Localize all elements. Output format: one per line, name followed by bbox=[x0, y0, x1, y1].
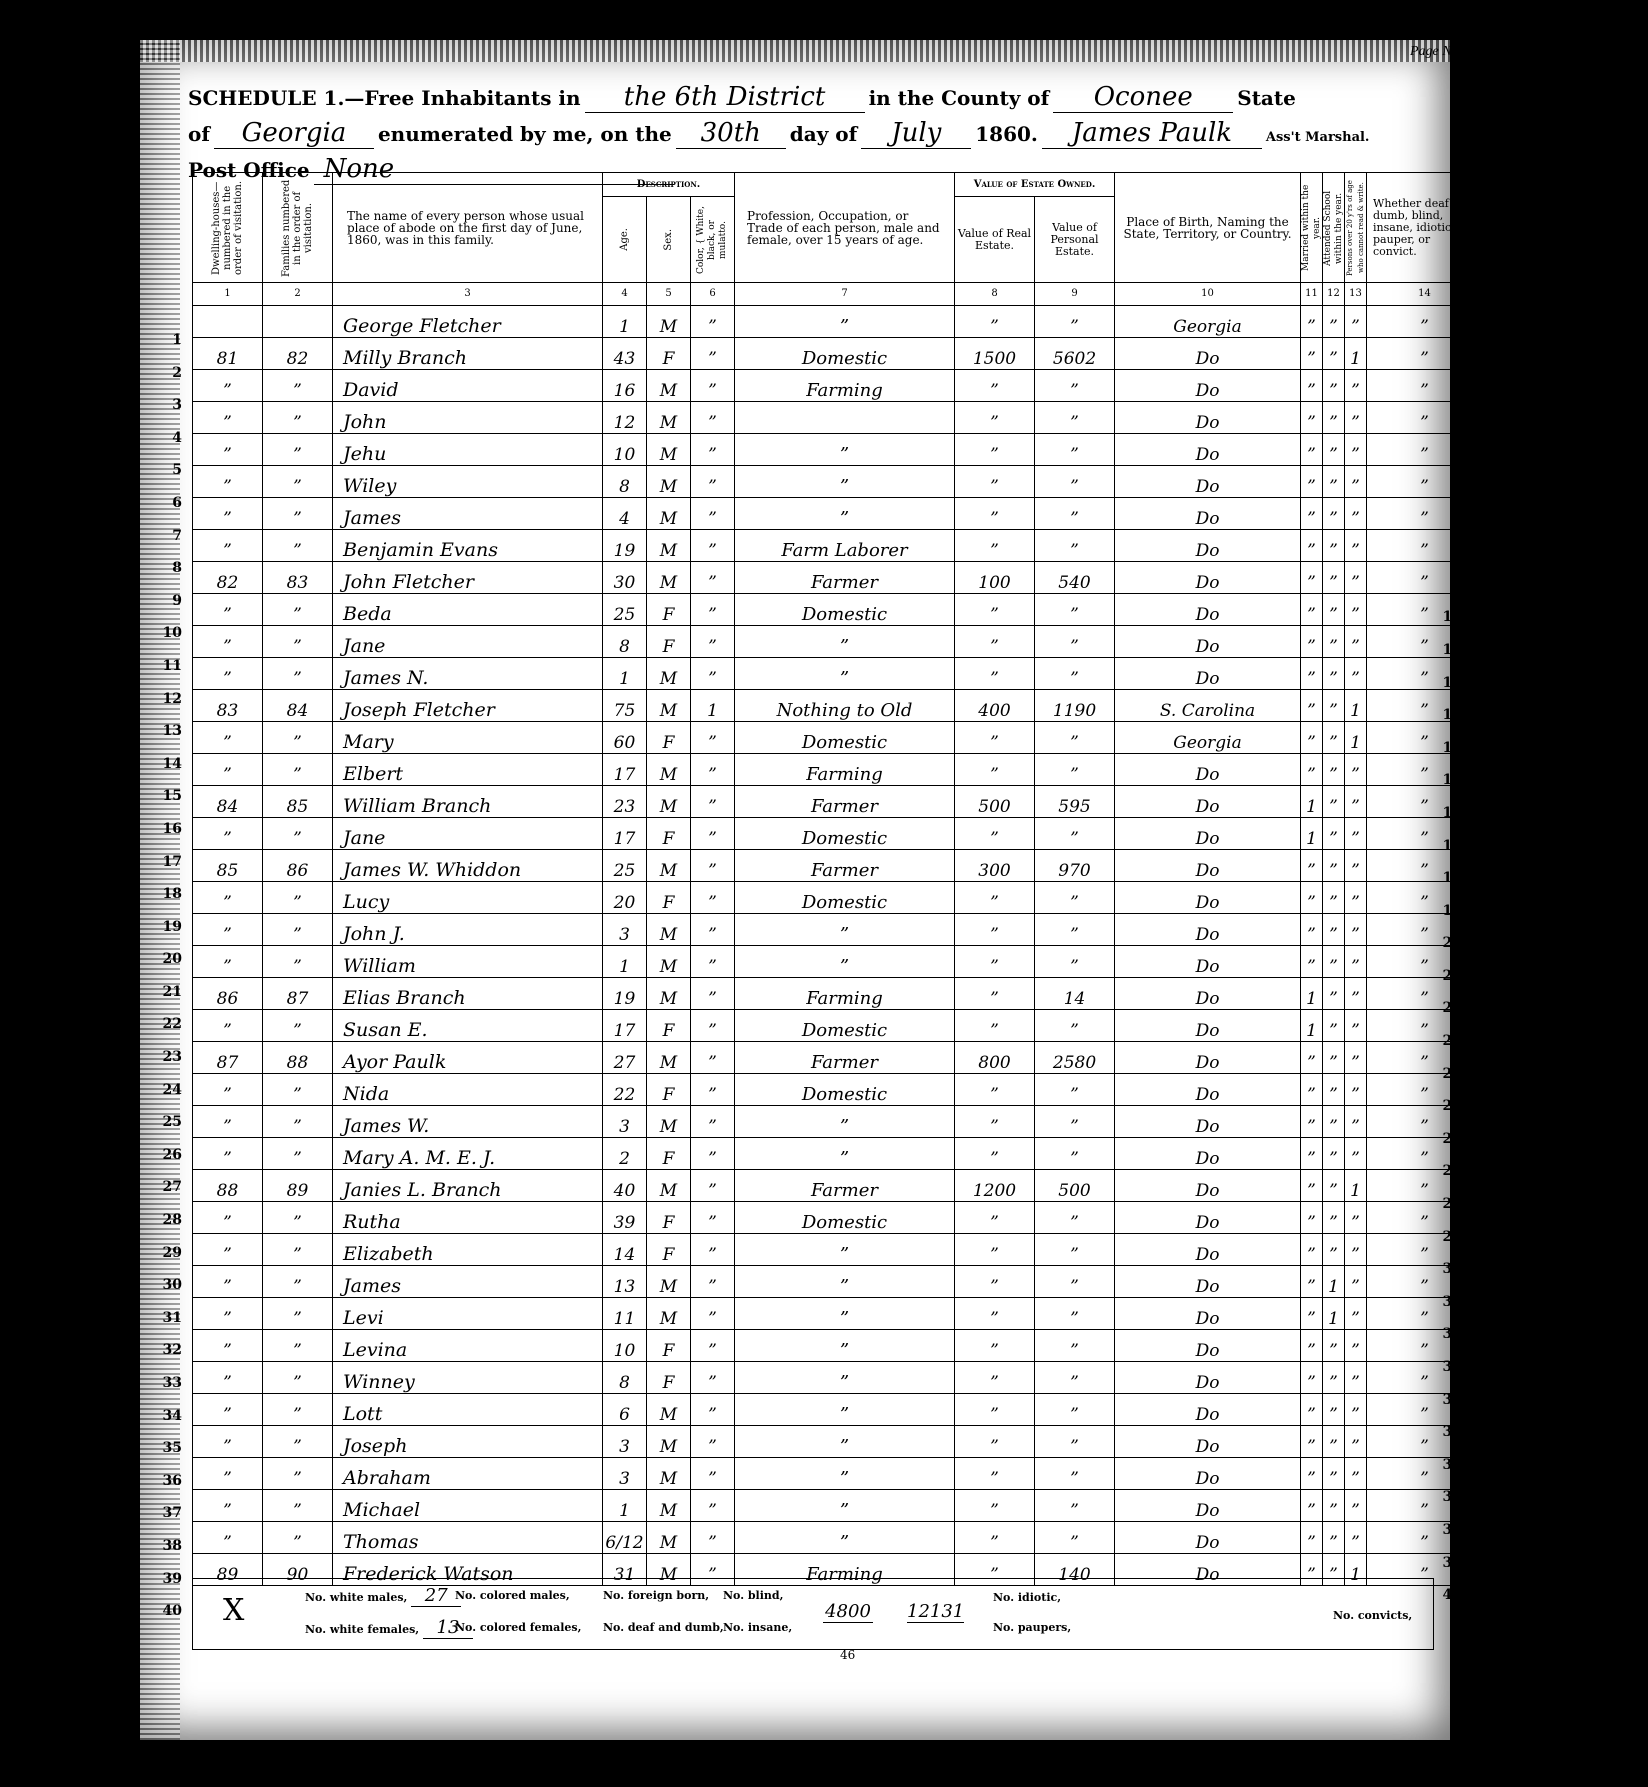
census-table: Dwelling-houses— numbered in the order o… bbox=[192, 172, 1483, 1586]
sex: M bbox=[647, 658, 691, 690]
personal-estate-value: ” bbox=[1035, 946, 1115, 978]
sex: F bbox=[647, 1234, 691, 1266]
attended-school: ” bbox=[1323, 306, 1345, 338]
married-within-year: ” bbox=[1301, 1106, 1323, 1138]
table-row: 8182Milly Branch43F”Domestic15005602Do””… bbox=[193, 338, 1483, 370]
disability: ” bbox=[1367, 1074, 1483, 1106]
sex: M bbox=[647, 690, 691, 722]
occupation: Farming bbox=[735, 754, 955, 786]
color: 1 bbox=[691, 690, 735, 722]
personal-estate-value: ” bbox=[1035, 754, 1115, 786]
age: 1 bbox=[603, 306, 647, 338]
col-header-occupation: Profession, Occupation, or Trade of each… bbox=[735, 173, 955, 283]
dwelling-number: ” bbox=[193, 1330, 263, 1362]
colored-females-label: No. colored females, bbox=[455, 1621, 581, 1634]
state-label: State bbox=[1237, 86, 1296, 110]
table-row: 8283John Fletcher30M”Farmer100540Do”””” bbox=[193, 562, 1483, 594]
disability: ” bbox=[1367, 818, 1483, 850]
disability: ” bbox=[1367, 882, 1483, 914]
row-number-left: 37 bbox=[150, 1497, 182, 1530]
family-number: ” bbox=[263, 1202, 333, 1234]
birthplace: Do bbox=[1115, 1170, 1301, 1202]
age: 8 bbox=[603, 1362, 647, 1394]
personal-estate-value: ” bbox=[1035, 306, 1115, 338]
attended-school: ” bbox=[1323, 466, 1345, 498]
real-estate-total-value: 4800 bbox=[823, 1601, 873, 1623]
person-name: Mary bbox=[333, 722, 603, 754]
occupation: ” bbox=[735, 626, 955, 658]
occupation: Domestic bbox=[735, 1202, 955, 1234]
birthplace: Do bbox=[1115, 658, 1301, 690]
real-estate-value: 800 bbox=[955, 1042, 1035, 1074]
person-name: Joseph Fletcher bbox=[333, 690, 603, 722]
col-header-family: Families numbered in the order of visita… bbox=[263, 173, 333, 283]
birthplace: Do bbox=[1115, 1266, 1301, 1298]
personal-estate-value: 540 bbox=[1035, 562, 1115, 594]
married-within-year: ” bbox=[1301, 1330, 1323, 1362]
married-within-year: 1 bbox=[1301, 818, 1323, 850]
real-estate-value: ” bbox=[955, 1138, 1035, 1170]
personal-estate-value: ” bbox=[1035, 466, 1115, 498]
dwelling-number: ” bbox=[193, 1298, 263, 1330]
schedule-label: SCHEDULE 1.—Free Inhabitants in bbox=[188, 86, 581, 110]
cannot-read-write: ” bbox=[1345, 1234, 1367, 1266]
row-number-left: 13 bbox=[150, 715, 182, 748]
col-number: 7 bbox=[735, 283, 955, 306]
age: 19 bbox=[603, 978, 647, 1010]
real-estate-value: ” bbox=[955, 594, 1035, 626]
person-name: Milly Branch bbox=[333, 338, 603, 370]
person-name: Lott bbox=[333, 1394, 603, 1426]
cannot-read-write: ” bbox=[1345, 818, 1367, 850]
table-row: ””Jehu10M””””Do”””” bbox=[193, 434, 1483, 466]
dwelling-number: ” bbox=[193, 1202, 263, 1234]
row-number-left: 26 bbox=[150, 1139, 182, 1172]
table-row: ””Nida22F”Domestic””Do”””” bbox=[193, 1074, 1483, 1106]
married-within-year: ” bbox=[1301, 1138, 1323, 1170]
age: 20 bbox=[603, 882, 647, 914]
real-estate-value: 500 bbox=[955, 786, 1035, 818]
cannot-read-write: ” bbox=[1345, 530, 1367, 562]
white-females: No. white females, 13 bbox=[305, 1617, 473, 1639]
real-estate-value: 1500 bbox=[955, 338, 1035, 370]
real-estate-value: ” bbox=[955, 434, 1035, 466]
table-row: ””William1M””””Do”””” bbox=[193, 946, 1483, 978]
blind-label: No. blind, bbox=[723, 1589, 783, 1602]
birthplace: Do bbox=[1115, 626, 1301, 658]
age: 43 bbox=[603, 338, 647, 370]
birthplace: Do bbox=[1115, 754, 1301, 786]
occupation: ” bbox=[735, 1106, 955, 1138]
cannot-read-write: ” bbox=[1345, 914, 1367, 946]
attended-school: ” bbox=[1323, 370, 1345, 402]
row-number-right: 23 bbox=[1436, 1025, 1462, 1058]
personal-estate-value: ” bbox=[1035, 1106, 1115, 1138]
attended-school: ” bbox=[1323, 882, 1345, 914]
occupation: ” bbox=[735, 1458, 955, 1490]
attended-school: ” bbox=[1323, 722, 1345, 754]
family-number: ” bbox=[263, 466, 333, 498]
dwelling-number: 88 bbox=[193, 1170, 263, 1202]
dwelling-number: ” bbox=[193, 1138, 263, 1170]
attended-school: ” bbox=[1323, 978, 1345, 1010]
age: 3 bbox=[603, 914, 647, 946]
family-number: ” bbox=[263, 1490, 333, 1522]
row-number-right: 31 bbox=[1436, 1286, 1462, 1319]
birthplace: Do bbox=[1115, 594, 1301, 626]
sex: M bbox=[647, 1458, 691, 1490]
personal-estate-value: 970 bbox=[1035, 850, 1115, 882]
sex: F bbox=[647, 338, 691, 370]
col-header-disability: Whether deaf and dumb, blind, insane, id… bbox=[1367, 173, 1483, 283]
disability: ” bbox=[1367, 978, 1483, 1010]
attended-school: ” bbox=[1323, 434, 1345, 466]
disability: ” bbox=[1367, 434, 1483, 466]
row-number-left: 19 bbox=[150, 911, 182, 944]
row-number-right: 4 bbox=[1436, 406, 1462, 439]
age: 27 bbox=[603, 1042, 647, 1074]
row-number-right: 27 bbox=[1436, 1155, 1462, 1188]
family-number: ” bbox=[263, 1426, 333, 1458]
row-number-left: 8 bbox=[150, 552, 182, 585]
birthplace: Do bbox=[1115, 402, 1301, 434]
person-name: William Branch bbox=[333, 786, 603, 818]
family-number: ” bbox=[263, 1298, 333, 1330]
age: 17 bbox=[603, 754, 647, 786]
dwelling-number: ” bbox=[193, 882, 263, 914]
personal-estate-value: 2580 bbox=[1035, 1042, 1115, 1074]
personal-estate-value: 5602 bbox=[1035, 338, 1115, 370]
age: 13 bbox=[603, 1266, 647, 1298]
col-header-sex: Sex. bbox=[647, 197, 691, 283]
birthplace: Do bbox=[1115, 466, 1301, 498]
married-within-year: 1 bbox=[1301, 978, 1323, 1010]
table-row: ””James13M””””Do”1”” bbox=[193, 1266, 1483, 1298]
family-number: 89 bbox=[263, 1170, 333, 1202]
col-header-dwelling: Dwelling-houses— numbered in the order o… bbox=[193, 173, 263, 283]
month-field: July bbox=[861, 118, 971, 149]
row-number-right: 26 bbox=[1436, 1123, 1462, 1156]
family-number: ” bbox=[263, 946, 333, 978]
color: ” bbox=[691, 658, 735, 690]
color: ” bbox=[691, 818, 735, 850]
cannot-read-write: ” bbox=[1345, 946, 1367, 978]
person-name: Abraham bbox=[333, 1458, 603, 1490]
person-name: Wiley bbox=[333, 466, 603, 498]
person-name: James bbox=[333, 1266, 603, 1298]
attended-school: ” bbox=[1323, 690, 1345, 722]
cannot-read-write: ” bbox=[1345, 498, 1367, 530]
married-within-year: 1 bbox=[1301, 1010, 1323, 1042]
birthplace: Do bbox=[1115, 1138, 1301, 1170]
age: 19 bbox=[603, 530, 647, 562]
row-number-right: 21 bbox=[1436, 960, 1462, 993]
person-name: Jane bbox=[333, 818, 603, 850]
age: 30 bbox=[603, 562, 647, 594]
row-number-left: 39 bbox=[150, 1563, 182, 1596]
occupation: ” bbox=[735, 658, 955, 690]
age: 23 bbox=[603, 786, 647, 818]
row-number-left: 11 bbox=[150, 650, 182, 683]
cannot-read-write: ” bbox=[1345, 594, 1367, 626]
disability: ” bbox=[1367, 1362, 1483, 1394]
attended-school: ” bbox=[1323, 1458, 1345, 1490]
married-within-year: ” bbox=[1301, 658, 1323, 690]
attended-school: ” bbox=[1323, 1010, 1345, 1042]
personal-estate-value: ” bbox=[1035, 914, 1115, 946]
person-name: Levina bbox=[333, 1330, 603, 1362]
row-number-left: 23 bbox=[150, 1041, 182, 1074]
occupation: ” bbox=[735, 1138, 955, 1170]
color: ” bbox=[691, 594, 735, 626]
color: ” bbox=[691, 626, 735, 658]
dwelling-number: ” bbox=[193, 626, 263, 658]
sex: M bbox=[647, 1522, 691, 1554]
table-row: ””Thomas6/12M””””Do”””” bbox=[193, 1522, 1483, 1554]
sex: M bbox=[647, 786, 691, 818]
disability: ” bbox=[1367, 1394, 1483, 1426]
age: 8 bbox=[603, 626, 647, 658]
birthplace: Do bbox=[1115, 1298, 1301, 1330]
sex: M bbox=[647, 530, 691, 562]
occupation: Domestic bbox=[735, 338, 955, 370]
age: 3 bbox=[603, 1458, 647, 1490]
state-field: Georgia bbox=[214, 118, 374, 149]
dwelling-number: ” bbox=[193, 1522, 263, 1554]
table-row: ””Elizabeth14F””””Do”””” bbox=[193, 1234, 1483, 1266]
county-label: in the County of bbox=[869, 86, 1050, 110]
dwelling-number: 81 bbox=[193, 338, 263, 370]
occupation: ” bbox=[735, 434, 955, 466]
person-name: Winney bbox=[333, 1362, 603, 1394]
real-estate-value: ” bbox=[955, 1106, 1035, 1138]
row-number-right: 16 bbox=[1436, 797, 1462, 830]
page-number-stamp: Page No. 267 bbox=[1410, 44, 1487, 60]
row-number-left: 33 bbox=[150, 1367, 182, 1400]
age: 1 bbox=[603, 1490, 647, 1522]
cannot-read-write: ” bbox=[1345, 466, 1367, 498]
personal-estate-value: ” bbox=[1035, 434, 1115, 466]
birthplace: Do bbox=[1115, 882, 1301, 914]
married-within-year: ” bbox=[1301, 370, 1323, 402]
row-number-right: 13 bbox=[1436, 699, 1462, 732]
row-number-right: 22 bbox=[1436, 992, 1462, 1025]
cannot-read-write: ” bbox=[1345, 1266, 1367, 1298]
real-estate-value: ” bbox=[955, 626, 1035, 658]
row-number-right: 33 bbox=[1436, 1351, 1462, 1384]
disability: ” bbox=[1367, 562, 1483, 594]
dwelling-number: ” bbox=[193, 946, 263, 978]
cannot-read-write: 1 bbox=[1345, 690, 1367, 722]
attended-school: ” bbox=[1323, 658, 1345, 690]
disability: ” bbox=[1367, 786, 1483, 818]
occupation: Farmer bbox=[735, 786, 955, 818]
married-within-year: ” bbox=[1301, 1394, 1323, 1426]
family-number: ” bbox=[263, 1106, 333, 1138]
person-name: Mary A. M. E. J. bbox=[333, 1138, 603, 1170]
row-number-left: 20 bbox=[150, 943, 182, 976]
birthplace: Do bbox=[1115, 978, 1301, 1010]
sex: F bbox=[647, 1138, 691, 1170]
header-line-2: of Georgia enumerated by me, on the 30th… bbox=[188, 118, 1369, 149]
dwelling-number: ” bbox=[193, 530, 263, 562]
row-number-left: 40 bbox=[150, 1595, 182, 1628]
personal-estate-value: ” bbox=[1035, 370, 1115, 402]
age: 22 bbox=[603, 1074, 647, 1106]
family-number: ” bbox=[263, 1394, 333, 1426]
occupation: Domestic bbox=[735, 882, 955, 914]
person-name: Elizabeth bbox=[333, 1234, 603, 1266]
cannot-read-write: ” bbox=[1345, 1042, 1367, 1074]
col-number: 6 bbox=[691, 283, 735, 306]
age: 60 bbox=[603, 722, 647, 754]
birthplace: Do bbox=[1115, 370, 1301, 402]
cannot-read-write: ” bbox=[1345, 1074, 1367, 1106]
cannot-read-write: ” bbox=[1345, 1490, 1367, 1522]
personal-estate-value: ” bbox=[1035, 1394, 1115, 1426]
real-estate-value: ” bbox=[955, 1426, 1035, 1458]
row-number-left: 21 bbox=[150, 976, 182, 1009]
family-number: ” bbox=[263, 530, 333, 562]
row-number-right: 18 bbox=[1436, 862, 1462, 895]
person-name: Elbert bbox=[333, 754, 603, 786]
attended-school: ” bbox=[1323, 1394, 1345, 1426]
enumerated-label: enumerated by me, on the bbox=[378, 122, 672, 146]
disability: ” bbox=[1367, 402, 1483, 434]
color: ” bbox=[691, 498, 735, 530]
birthplace: Do bbox=[1115, 1074, 1301, 1106]
table-row: George Fletcher1M””””Georgia”””” bbox=[193, 306, 1483, 338]
table-row: ””Wiley8M””””Do”””” bbox=[193, 466, 1483, 498]
married-within-year: ” bbox=[1301, 946, 1323, 978]
white-males-value: 27 bbox=[411, 1585, 461, 1607]
sex: M bbox=[647, 370, 691, 402]
paupers-label: No. paupers, bbox=[993, 1621, 1071, 1634]
cannot-read-write: ” bbox=[1345, 1298, 1367, 1330]
dwelling-number: ” bbox=[193, 1394, 263, 1426]
sex: M bbox=[647, 914, 691, 946]
table-row: 8687Elias Branch19M”Farming”14Do1””” bbox=[193, 978, 1483, 1010]
convicts-label: No. convicts, bbox=[1333, 1609, 1412, 1622]
col-header-real-estate: Value of Real Estate. bbox=[955, 197, 1035, 283]
birthplace: Do bbox=[1115, 1106, 1301, 1138]
person-name: William bbox=[333, 946, 603, 978]
real-estate-value: ” bbox=[955, 978, 1035, 1010]
person-name: Ayor Paulk bbox=[333, 1042, 603, 1074]
disability: ” bbox=[1367, 690, 1483, 722]
personal-estate-value: ” bbox=[1035, 1522, 1115, 1554]
occupation: ” bbox=[735, 914, 955, 946]
dwelling-number: 83 bbox=[193, 690, 263, 722]
row-number-left: 27 bbox=[150, 1171, 182, 1204]
family-number: ” bbox=[263, 1362, 333, 1394]
cannot-read-write: ” bbox=[1345, 850, 1367, 882]
row-number-right: 38 bbox=[1436, 1514, 1462, 1547]
family-number: 88 bbox=[263, 1042, 333, 1074]
district-field: the 6th District bbox=[585, 82, 865, 113]
cannot-read-write: ” bbox=[1345, 370, 1367, 402]
married-within-year: ” bbox=[1301, 1234, 1323, 1266]
sex: M bbox=[647, 850, 691, 882]
col-number: 10 bbox=[1115, 283, 1301, 306]
attended-school: ” bbox=[1323, 1522, 1345, 1554]
occupation: ” bbox=[735, 1426, 955, 1458]
column-number-row: 1 2 3 4 5 6 7 8 9 10 11 12 13 14 bbox=[193, 283, 1483, 306]
dwelling-number: 87 bbox=[193, 1042, 263, 1074]
cannot-read-write: 1 bbox=[1345, 722, 1367, 754]
col-number: 14 bbox=[1367, 283, 1483, 306]
personal-estate-value: 500 bbox=[1035, 1170, 1115, 1202]
real-estate-value: ” bbox=[955, 1202, 1035, 1234]
sex: F bbox=[647, 1330, 691, 1362]
real-estate-value: ” bbox=[955, 1330, 1035, 1362]
disability: ” bbox=[1367, 1298, 1483, 1330]
dwelling-number: ” bbox=[193, 722, 263, 754]
row-number-left: 24 bbox=[150, 1074, 182, 1107]
married-within-year: ” bbox=[1301, 402, 1323, 434]
col-header-personal-estate: Value of Personal Estate. bbox=[1035, 197, 1115, 283]
cannot-read-write: ” bbox=[1345, 658, 1367, 690]
cannot-read-write: 1 bbox=[1345, 1170, 1367, 1202]
attended-school: ” bbox=[1323, 1170, 1345, 1202]
color: ” bbox=[691, 562, 735, 594]
married-within-year: ” bbox=[1301, 1298, 1323, 1330]
row-number-right: 1 bbox=[1436, 308, 1462, 341]
color: ” bbox=[691, 1170, 735, 1202]
cannot-read-write: ” bbox=[1345, 562, 1367, 594]
color: ” bbox=[691, 1266, 735, 1298]
attended-school: 1 bbox=[1323, 1298, 1345, 1330]
dwelling-number: ” bbox=[193, 402, 263, 434]
disability: ” bbox=[1367, 1490, 1483, 1522]
col-number: 3 bbox=[333, 283, 603, 306]
cannot-read-write: ” bbox=[1345, 1330, 1367, 1362]
real-estate-value: ” bbox=[955, 466, 1035, 498]
sex: F bbox=[647, 1010, 691, 1042]
year-label: 1860. bbox=[975, 122, 1038, 146]
sex: M bbox=[647, 1266, 691, 1298]
real-estate-value: ” bbox=[955, 1010, 1035, 1042]
person-name: John J. bbox=[333, 914, 603, 946]
sex: M bbox=[647, 978, 691, 1010]
birthplace: Do bbox=[1115, 1234, 1301, 1266]
disability: ” bbox=[1367, 1234, 1483, 1266]
sex: F bbox=[647, 1362, 691, 1394]
table-row: 8788Ayor Paulk27M”Farmer8002580Do”””” bbox=[193, 1042, 1483, 1074]
family-number: ” bbox=[263, 1010, 333, 1042]
age: 10 bbox=[603, 1330, 647, 1362]
row-number-left: 36 bbox=[150, 1465, 182, 1498]
sex: M bbox=[647, 306, 691, 338]
attended-school: ” bbox=[1323, 946, 1345, 978]
color: ” bbox=[691, 1202, 735, 1234]
sex: M bbox=[647, 1106, 691, 1138]
dwelling-number: ” bbox=[193, 914, 263, 946]
family-number: ” bbox=[263, 1138, 333, 1170]
col-number: 8 bbox=[955, 283, 1035, 306]
occupation: ” bbox=[735, 306, 955, 338]
occupation: ” bbox=[735, 498, 955, 530]
occupation: Farmer bbox=[735, 850, 955, 882]
row-number-left: 1 bbox=[150, 324, 182, 357]
real-estate-value: ” bbox=[955, 882, 1035, 914]
disability: ” bbox=[1367, 594, 1483, 626]
real-estate-value: 400 bbox=[955, 690, 1035, 722]
row-number-left: 16 bbox=[150, 813, 182, 846]
dwelling-number: ” bbox=[193, 818, 263, 850]
cannot-read-write: 1 bbox=[1345, 338, 1367, 370]
birthplace: Do bbox=[1115, 1330, 1301, 1362]
